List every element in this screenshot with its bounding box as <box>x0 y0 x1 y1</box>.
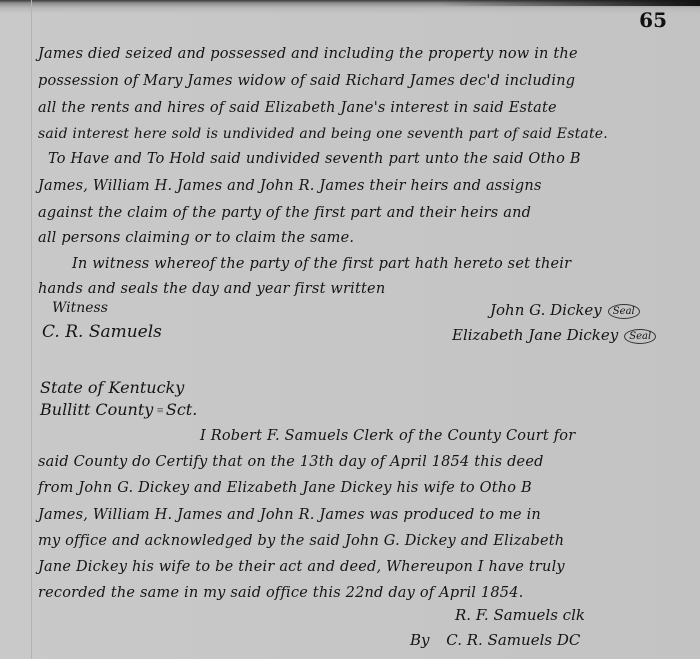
deed-line-5: To Have and To Hold said undivided seven… <box>48 151 581 167</box>
certificate-line-4: James, William H. James and John R. Jame… <box>38 507 541 523</box>
deed-line-10: hands and seals the day and year first w… <box>38 281 385 297</box>
witness-label: Witness <box>52 300 108 316</box>
certificate-line-2: said County do Certify that on the 13th … <box>38 454 544 470</box>
certificate-line-7: recorded the same in my said office this… <box>38 585 523 601</box>
margin-rule <box>31 0 32 659</box>
clerk-signature: R. F. Samuels clk <box>455 606 585 624</box>
deed-line-9: In witness whereof the party of the firs… <box>72 256 571 272</box>
seal-icon: Seal <box>608 304 640 319</box>
deed-line-4: said interest here sold is undivided and… <box>38 126 608 142</box>
deed-line-8: all persons claiming or to claim the sam… <box>38 230 354 246</box>
grantor-signature-2: Elizabeth Jane DickeySeal <box>452 326 656 344</box>
deed-line-7: against the claim of the party of the fi… <box>38 205 531 221</box>
grantor-1-name: John G. Dickey <box>490 301 602 319</box>
certificate-line-3: from John G. Dickey and Elizabeth Jane D… <box>38 480 532 496</box>
deputy-signature: C. R. Samuels DC <box>446 631 580 649</box>
deputy-prefix: By <box>410 631 430 649</box>
certificate-county: Bullitt County <box>40 400 153 419</box>
certificate-line-5: my office and acknowledged by the said J… <box>38 533 564 549</box>
deputy-signature-line: By C. R. Samuels DC <box>410 631 580 649</box>
grantor-2-name: Elizabeth Jane Dickey <box>452 326 618 344</box>
certificate-sct: Sct. <box>166 400 197 419</box>
brace-icon: ≡ <box>156 408 163 414</box>
page-number: 65 <box>639 8 667 32</box>
seal-icon: Seal <box>624 329 656 344</box>
certificate-county-line: Bullitt County≡Sct. <box>40 400 197 419</box>
certificate-line-6: Jane Dickey his wife to be their act and… <box>38 559 565 575</box>
deed-line-6: James, William H. James and John R. Jame… <box>38 178 542 194</box>
deed-record-page: 65 James died seized and possessed and i… <box>0 0 700 659</box>
deed-line-1: James died seized and possessed and incl… <box>38 46 578 62</box>
witness-signature: C. R. Samuels <box>42 322 162 342</box>
grantor-signature-1: John G. DickeySeal <box>490 301 640 319</box>
deed-line-2: possession of Mary James widow of said R… <box>38 73 575 89</box>
certificate-state: State of Kentucky <box>40 378 184 397</box>
certificate-line-1: I Robert F. Samuels Clerk of the County … <box>200 428 575 444</box>
deed-line-3: all the rents and hires of said Elizabet… <box>38 100 557 116</box>
